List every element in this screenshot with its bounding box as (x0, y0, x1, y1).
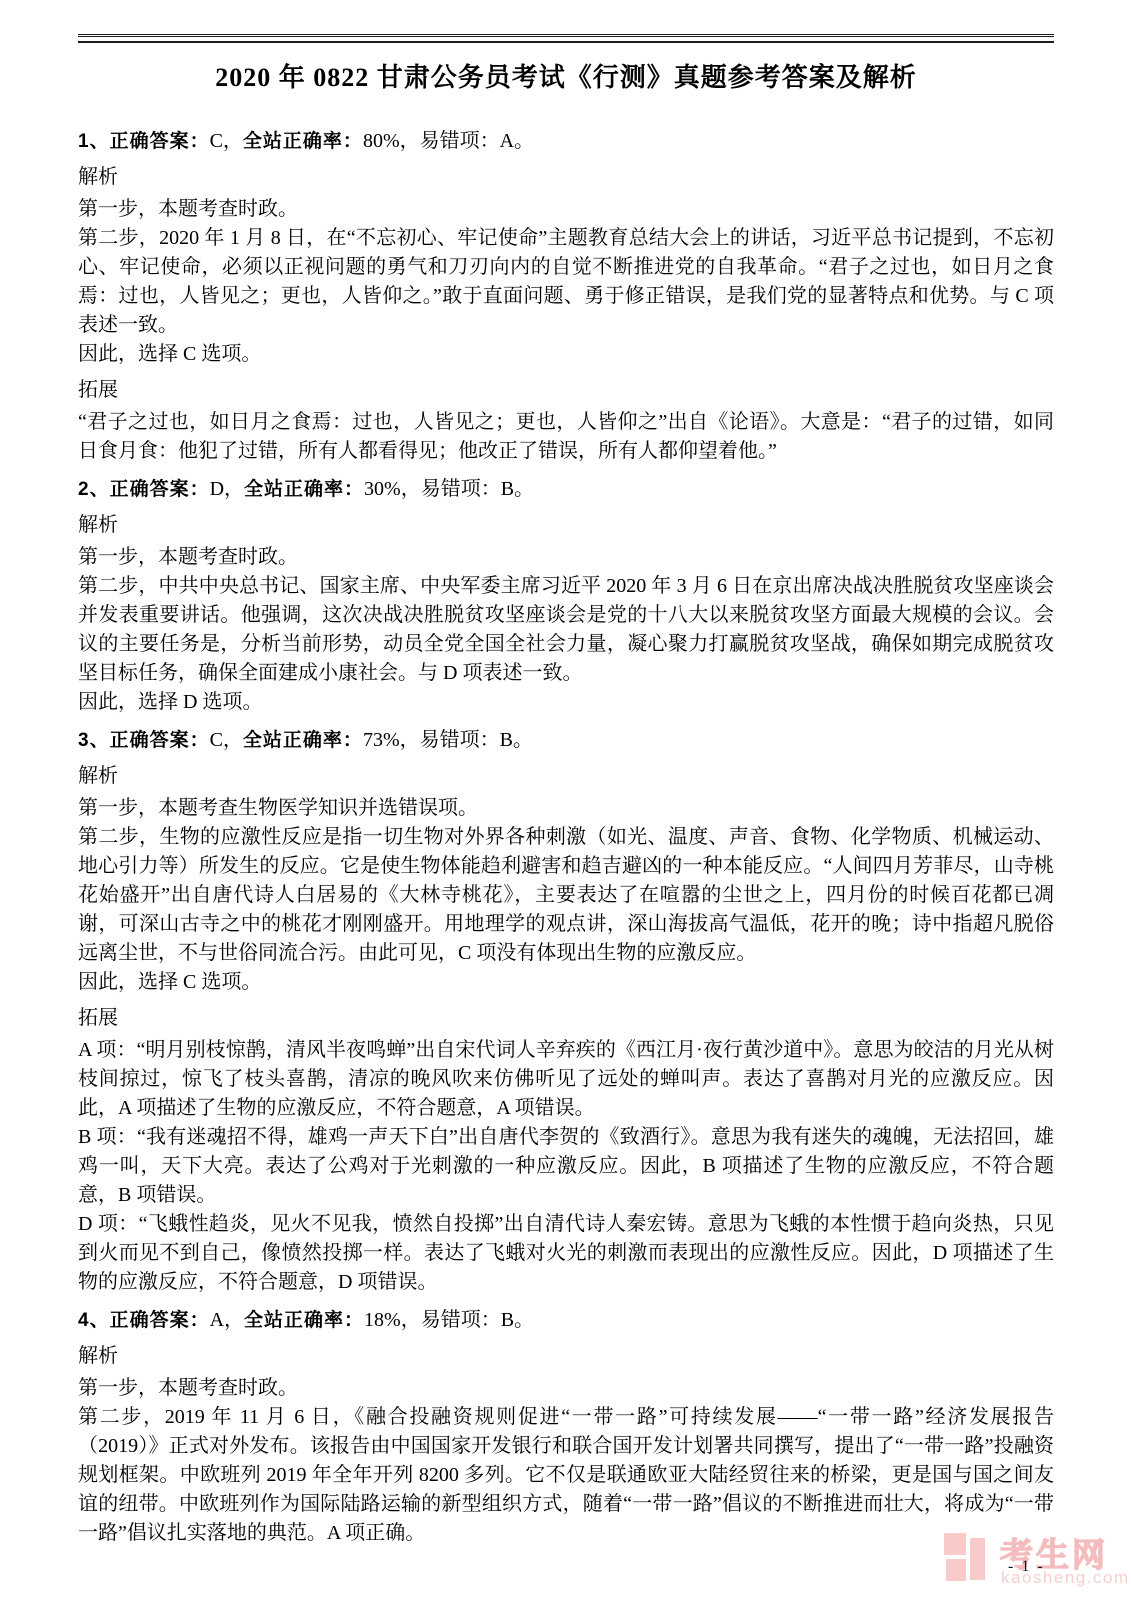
answer-value: A， (210, 1309, 244, 1331)
answer-value: 30%，易错项：B。 (364, 478, 534, 500)
paragraph: 第一步，本题考查时政。 (78, 195, 1054, 224)
paragraph: 第二步，2020 年 1 月 8 日，在“不忘初心、牢记使命”主题教育总结大会上… (78, 224, 1054, 340)
paragraph: A 项：“明月别枝惊鹊，清风半夜鸣蝉”出自宋代词人辛弃疾的《西江月·夜行黄沙道中… (78, 1036, 1054, 1123)
paragraph: 因此，选择 D 选项。 (78, 688, 1054, 717)
paragraph: B 项：“我有迷魂招不得，雄鸡一声天下白”出自唐代李贺的《致酒行》。意思为我有迷… (78, 1123, 1054, 1210)
header-rule (78, 34, 1054, 43)
answer-label: 1、正确答案： (78, 131, 210, 152)
paragraph: 因此，选择 C 选项。 (78, 340, 1054, 369)
page-number: - 1 - (1008, 1556, 1045, 1578)
section-heading: 拓展 (78, 1004, 1054, 1033)
answer-label: 全站正确率： (243, 131, 363, 152)
answer-line: 3、正确答案：C，全站正确率：73%，易错项：B。 (78, 726, 1054, 755)
section-heading: 拓展 (78, 376, 1054, 405)
answer-value: D， (210, 478, 244, 500)
answer-label: 4、正确答案： (78, 1310, 210, 1331)
document-page: 2020 年 0822 甘肃公务员考试《行测》真题参考答案及解析 1、正确答案：… (0, 0, 1131, 1548)
section-heading: 解析 (78, 762, 1054, 791)
paragraph: 第一步，本题考查时政。 (78, 1374, 1054, 1403)
paragraph: 因此，选择 C 选项。 (78, 968, 1054, 997)
answer-value: C， (210, 729, 243, 751)
paragraph: 第二步，中共中央总书记、国家主席、中央军委主席习近平 2020 年 3 月 6 … (78, 572, 1054, 688)
answer-label: 2、正确答案： (78, 479, 210, 500)
answer-label: 3、正确答案： (78, 730, 210, 751)
answer-value: 18%，易错项：B。 (364, 1309, 534, 1331)
answer-line: 2、正确答案：D，全站正确率：30%，易错项：B。 (78, 475, 1054, 504)
content: 1、正确答案：C，全站正确率：80%，易错项：A。解析第一步，本题考查时政。第二… (78, 127, 1054, 1548)
paragraph: 第一步，本题考查时政。 (78, 543, 1054, 572)
paragraph: 第一步，本题考查生物医学知识并选错误项。 (78, 794, 1054, 823)
section-heading: 解析 (78, 1342, 1054, 1371)
answer-line: 4、正确答案：A，全站正确率：18%，易错项：B。 (78, 1306, 1054, 1335)
answer-value: 80%，易错项：A。 (363, 130, 534, 152)
answer-label: 全站正确率： (244, 1310, 364, 1331)
answer-label: 全站正确率： (243, 730, 363, 751)
paragraph: 第二步，生物的应激性反应是指一切生物对外界各种刺激（如光、温度、声音、食物、化学… (78, 823, 1054, 968)
answer-line: 1、正确答案：C，全站正确率：80%，易错项：A。 (78, 127, 1054, 156)
answer-label: 全站正确率： (244, 479, 364, 500)
paragraph: “君子之过也，如日月之食焉：过也，人皆见之；更也，人皆仰之”出自《论语》。大意是… (78, 408, 1054, 466)
answer-value: C， (210, 130, 243, 152)
section-heading: 解析 (78, 163, 1054, 192)
paragraph: D 项：“飞蛾性趋炎，见火不见我，愤然自投掷”出自清代诗人秦宏铸。意思为飞蛾的本… (78, 1210, 1054, 1297)
page-title: 2020 年 0822 甘肃公务员考试《行测》真题参考答案及解析 (78, 59, 1054, 97)
kaosheng-logo-icon (944, 1533, 994, 1585)
answer-value: 73%，易错项：B。 (363, 729, 533, 751)
paragraph: 第二步，2019 年 11 月 6 日，《融合投融资规则促进“一带一路”可持续发… (78, 1403, 1054, 1548)
section-heading: 解析 (78, 511, 1054, 540)
